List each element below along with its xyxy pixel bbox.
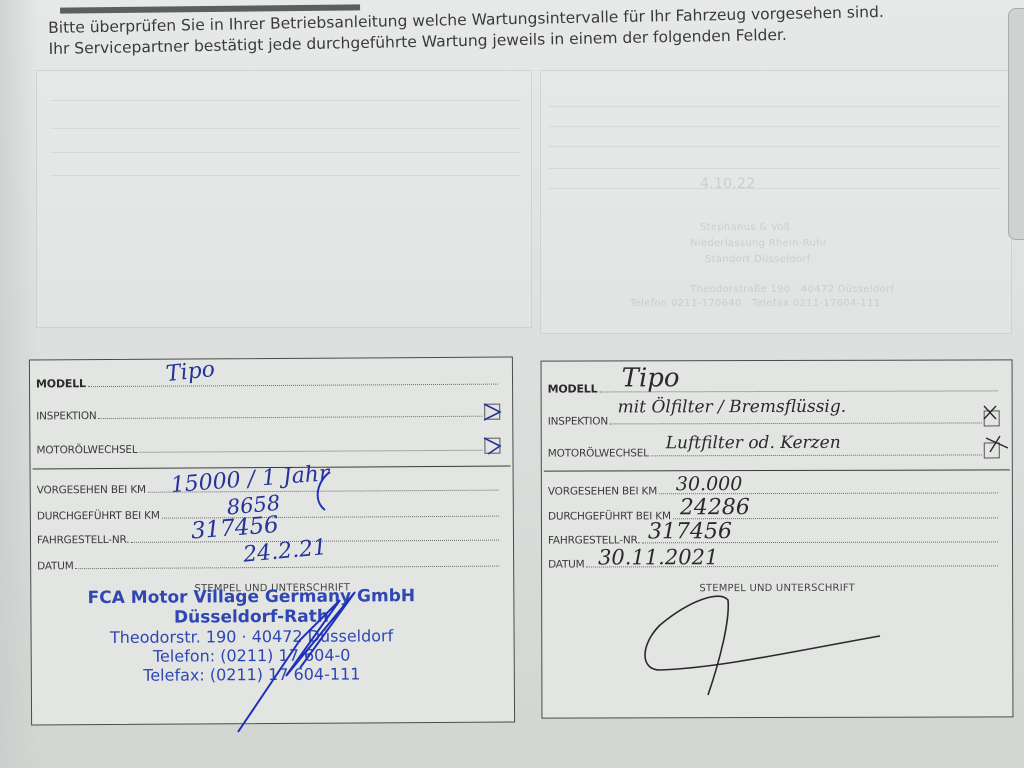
faint-handwritten-date: 4.10.22 (700, 176, 756, 192)
stamp-location: Düsseldorf-Rath (71, 606, 431, 628)
field-durchgefuehrt: DURCHGEFÜHRT BEI KM (548, 501, 1000, 522)
inspektion-note: mit Ölfilter / Bremsflüssig. (618, 397, 847, 418)
faint-line (548, 168, 1000, 169)
field-modell: MODELL (548, 374, 1000, 395)
motoroelwechsel-label: MOTORÖLWECHSEL (36, 444, 137, 457)
durchgefuehrt-label: DURCHGEFÜHRT BEI KM (37, 510, 160, 523)
faint-line (50, 175, 520, 176)
service-record-card-1: MODELL INSPEKTION MOTORÖLWECHSEL VORGESE… (29, 357, 515, 726)
faint-line (548, 126, 1000, 127)
faint-line (548, 106, 1000, 107)
stamp-fax: Telefax: (0211) 17 604-111 (72, 664, 432, 685)
vorgesehen-label: VORGESEHEN BEI KM (37, 484, 146, 497)
vorgesehen-km-value: 30.000 (676, 473, 743, 495)
dotted-line (610, 421, 982, 424)
inspektion-checkbox[interactable] (984, 410, 1000, 426)
stamp-phone: Telefon: (0211) 17 604-0 (72, 645, 432, 666)
modell-value: Tipo (622, 363, 680, 393)
motoroelwechsel-label: MOTORÖLWECHSEL (548, 447, 649, 459)
field-fahrgestell: FAHRGESTELL-NR. (548, 525, 1000, 546)
dotted-line (651, 453, 982, 456)
vorgesehen-label: VORGESEHEN BEI KM (548, 485, 657, 497)
datum-value: 30.11.2021 (598, 545, 718, 569)
motoroelwechsel-checkbox[interactable] (484, 438, 500, 454)
stamp-company: FCA Motor Village Germany GmbH (71, 586, 431, 608)
dotted-line (139, 449, 482, 453)
dotted-line (88, 383, 498, 388)
faint-stamp-line: Niederlassung Rhein-Ruhr (690, 238, 827, 249)
faint-stamp-line: Telefon 0211-170640 · Telefax 0211-17604… (630, 298, 880, 309)
inspektion-checkbox[interactable] (484, 404, 500, 420)
inspektion-label: INSPEKTION (548, 415, 608, 427)
field-motoroelwechsel: MOTORÖLWECHSEL (36, 434, 500, 457)
faint-line (50, 128, 520, 129)
fahrgestell-nr-value: 317456 (648, 519, 732, 544)
faint-stamp-line: Standort Düsseldorf (705, 254, 811, 265)
dealer-stamp: FCA Motor Village Germany GmbH Düsseldor… (71, 586, 432, 685)
modell-label: MODELL (548, 382, 598, 395)
section-divider (544, 469, 1010, 472)
datum-label: DATUM (37, 560, 74, 572)
faint-line (50, 100, 520, 101)
faint-line (548, 146, 1000, 147)
faint-line (50, 152, 520, 153)
service-record-card-2: MODELL INSPEKTION MOTORÖLWECHSEL VORGESE… (541, 359, 1014, 718)
dotted-line (76, 565, 500, 570)
faint-previous-box-left (36, 70, 532, 328)
modell-label: MODELL (36, 377, 86, 390)
dotted-line (99, 415, 483, 419)
faint-stamp-line: Stephanus & Voß (700, 222, 790, 233)
motoroelwechsel-note: Luftfilter od. Kerzen (666, 433, 841, 453)
field-inspektion: INSPEKTION (36, 400, 500, 423)
fahrgestell-label: FAHRGESTELL-NR. (37, 534, 129, 547)
motoroelwechsel-checkbox[interactable] (984, 442, 1000, 458)
field-modell: MODELL (36, 368, 500, 391)
faint-line (548, 188, 1000, 189)
page-tab (1008, 8, 1024, 240)
section-heading-cutoff (60, 0, 360, 14)
faint-stamp-line: Theodorstraße 190 · 40472 Düsseldorf (690, 284, 894, 295)
datum-label: DATUM (548, 559, 584, 571)
stamp-address: Theodorstr. 190 · 40472 Düsseldorf (72, 626, 432, 647)
inspektion-label: INSPEKTION (36, 410, 96, 422)
stempel-label: STEMPEL UND UNTERSCHRIFT (542, 582, 1012, 594)
field-vorgesehen: VORGESEHEN BEI KM (548, 476, 1000, 497)
durchgefuehrt-km-value: 24286 (680, 495, 750, 520)
